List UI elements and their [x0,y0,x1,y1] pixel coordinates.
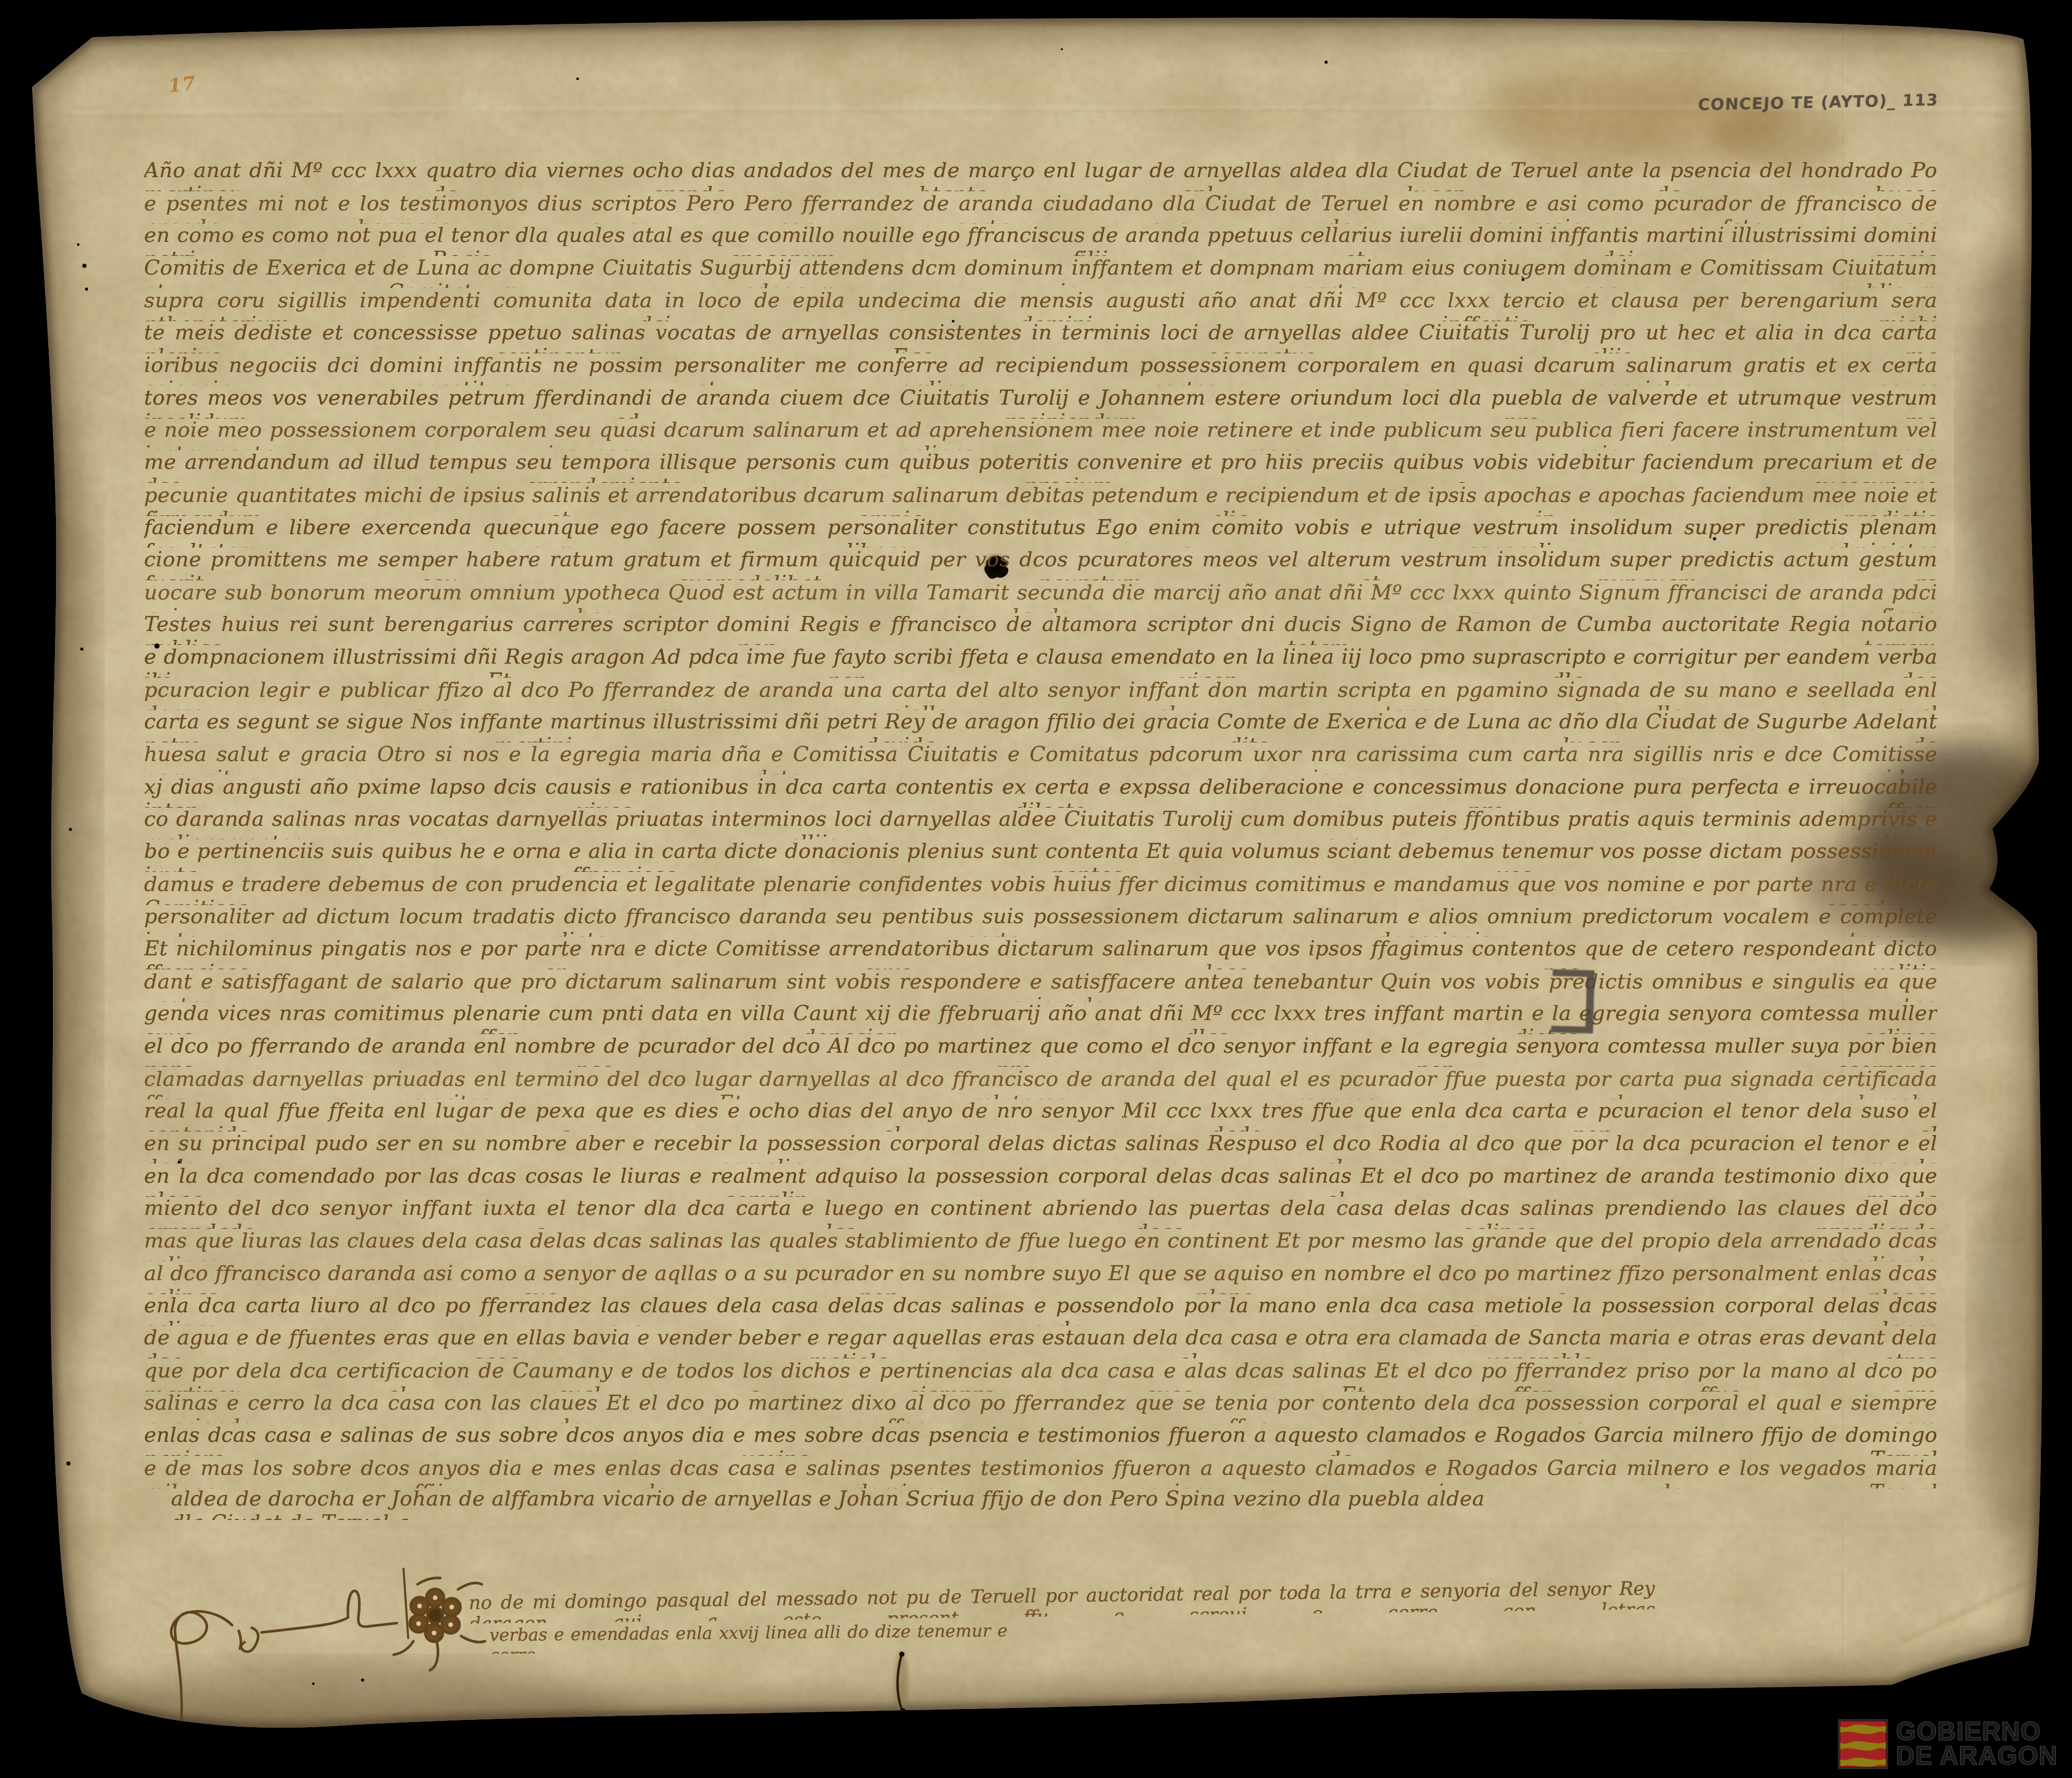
photo-stage: 17 CONCEJO TE (AYTO)_ 113 Año anat dñi M… [0,0,2072,1778]
manuscript-line: ioribus negociis dci domini inffantis ne… [144,353,1937,386]
manuscript-line: dant e satisffagant de salario que pro d… [144,970,1937,1002]
watermark-line-1: GOBIERNO [1896,1719,2058,1744]
manuscript-line: e psentes mi not e los testimonyos dius … [144,192,1937,224]
manuscript-line: carta es segunt se sigue Nos inffante ma… [144,710,1937,742]
manuscript-line: pcuracion legir e publicar ffizo al dco … [144,678,1937,711]
manuscript-line: Comitis de Exerica et de Luna ac dompne … [144,256,1937,289]
gobierno-aragon-watermark: GOBIERNO DE ARAGON [1838,1719,2058,1769]
manuscript-line: enlas dcas casa e salinas de sus sobre d… [144,1423,1937,1456]
manuscript-line: miento del dco senyor inffant iuxta el t… [144,1196,1937,1229]
notarial-subscription-line-2: verbas e emendadas enla xxvij linea alli… [490,1621,1008,1654]
stain [1974,1150,2056,1544]
manuscript-line: real la qual ffue ffeita enl lugar de pe… [144,1099,1937,1131]
manuscript-line: e de mas los sobre dcos anyos dia e mes … [144,1456,1937,1489]
manuscript-line: damus e tradere debemus de con prudencia… [144,872,1937,905]
manuscript-line: enla dca carta liuro al dco po fferrande… [144,1294,1937,1326]
manuscript-line: personaliter ad dictum locum tradatis di… [144,905,1937,937]
manuscript-line: uocare sub bonorum meorum omnium ypothec… [144,581,1937,613]
manuscript-line: de agua e de ffuentes eras que en ellas … [144,1326,1937,1358]
manuscript-line: el dco po fferrando de aranda enl nombre… [144,1034,1937,1067]
manuscript-line: faciendum e libere exercenda quecunque e… [144,515,1937,548]
watermark-text: GOBIERNO DE ARAGON [1896,1719,2058,1768]
manuscript-line: co daranda salinas nras vocatas darnyell… [144,807,1937,840]
manuscript-line: Testes huius rei sunt berengarius carrer… [144,612,1937,645]
seal-slit [895,1652,908,1714]
manuscript-line: me arrendandum ad illud tempus seu tempo… [144,450,1937,483]
manuscript-line: en la dca comendado por las dcas cosas l… [144,1164,1937,1197]
pencil-bracket-mark [1551,969,1594,1034]
manuscript-line: mas que liuras las claues dela casa dela… [144,1229,1937,1261]
manuscript-line: en su principal pudo ser en su nombre ab… [144,1131,1937,1164]
manuscript-line: te meis dediste et concessisse ppetuo sa… [144,321,1937,353]
manuscript-line: que por dela dca certificacion de Cauman… [144,1359,1937,1392]
manuscript-line: huesa salut e gracia Otro si nos e la eg… [144,742,1937,775]
manuscript-line: salinas e cerro la dca casa con las clau… [144,1391,1937,1424]
folio-number: 17 [167,72,198,97]
manuscript-last-line: aldea de darocha er Johan de alffambra v… [171,1487,1518,1520]
manuscript-line: e dompnacionem illustrissimi dñi Regis a… [144,645,1937,678]
manuscript-line: al dco ffrancisco daranda asi como a sen… [144,1261,1937,1294]
watermark-line-2: DE ARAGON [1896,1744,2058,1768]
manuscript-line: supra coru sigillis impendenti comunita … [144,289,1937,321]
manuscript-line: pecunie quantitates michi de ipsius sali… [144,483,1937,516]
manuscript-line: e noie meo possessionem corporalem seu q… [144,418,1937,451]
manuscript-line: clamadas darnyellas priuadas enl termino… [144,1067,1937,1100]
manuscript-text: Año anat dñi Mº ccc lxxx quatro dia vier… [144,159,1937,1488]
manuscript-line: genda vices nras comitimus plenarie cum … [144,1001,1937,1034]
manuscript-line: bo e pertinenciis suis quibus he e orna … [144,839,1937,872]
aragon-shield-icon [1838,1719,1888,1769]
manuscript-line: Año anat dñi Mº ccc lxxx quatro dia vier… [144,159,1937,191]
manuscript-line: xj dias angusti año pxime lapso dcis cau… [144,775,1937,808]
manuscript-line: Et nichilominus pingatis nos e por parte… [144,937,1937,969]
manuscript-line: cione promittens me semper habere ratum … [144,548,1937,580]
manuscript-line: tores meos vos venerabiles petrum fferdi… [144,386,1937,419]
stain [1963,249,2056,684]
manuscript-line: en como es como not pua el tenor dla qua… [144,223,1937,256]
